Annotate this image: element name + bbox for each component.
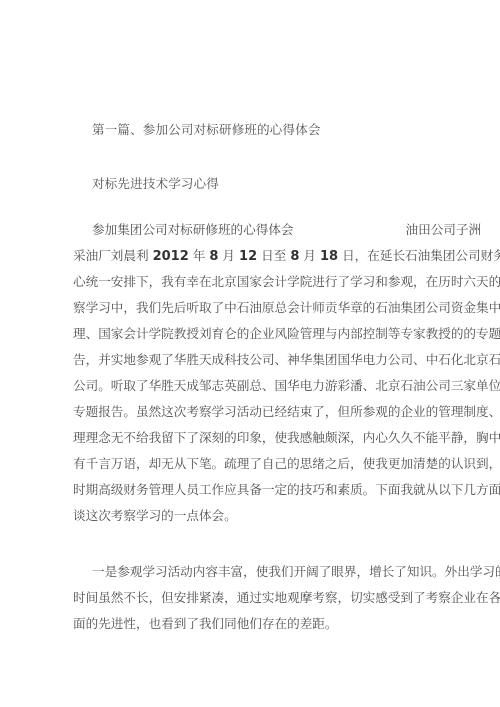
paragraph-line: 面的先进性，也看到了我们同他们存在的差距。 <box>73 611 428 637</box>
paragraph-line: 理理念无不给我留下了深刻的印象，使我感触颇深，内心久久不能平静，胸中似 <box>73 425 428 451</box>
paragraph-line: 时间虽然不长，但安排紧凑，通过实地观摩考察，切实感受到了考察企业在各方 <box>73 585 428 611</box>
date-year: 2012 <box>153 249 189 264</box>
paragraph-line: 察学习中，我们先后听取了中石油原总会计师贡华章的石油集团公司资金集中管 <box>73 295 428 321</box>
paragraph-line: 理、国家会计学院教授刘育仑的企业风险管理与内部控制等专家教授的的专题报 <box>73 321 428 347</box>
paragraph-line: 专题报告。虽然这次考察学习活动已经结束了，但所参观的企业的管理制度、管 <box>73 399 428 425</box>
paragraph-line: 采油厂刘晨利 2012 年 8 月 12 日至 8 月 18 日，在延长石油集团… <box>73 243 428 269</box>
document-page: 第一篇、参加公司对标研修班的心得体会 对标先进技术学习心得 参加集团公司对标研修… <box>0 0 500 707</box>
paragraph-intro: 参加集团公司对标研修班的心得体会油田公司子洲 采油厂刘晨利 2012 年 8 月… <box>73 217 428 529</box>
essay-heading: 参加集团公司对标研修班的心得体会 <box>92 222 294 237</box>
author-affiliation: 油田公司子洲 <box>406 222 482 237</box>
paragraph-line: 参加集团公司对标研修班的心得体会油田公司子洲 <box>73 217 428 243</box>
document-subtitle: 对标先进技术学习心得 <box>92 174 219 192</box>
paragraph-line: 谈这次考察学习的一点体会。 <box>73 503 428 529</box>
document-title: 第一篇、参加公司对标研修班的心得体会 <box>92 120 321 138</box>
paragraph-line: 告，并实地参观了华胜天成科技公司、神华集团国华电力公司、中石化北京石油 <box>73 347 428 373</box>
paragraph-point-one: 一是参观学习活动内容丰富，使我们开阔了眼界，增长了知识。外出学习的 时间虽然不长… <box>73 559 428 637</box>
paragraph-line: 时期高级财务管理人员工作应具备一定的技巧和素质。下面我就从以下几方面谈 <box>73 477 428 503</box>
paragraph-line: 一是参观学习活动内容丰富，使我们开阔了眼界，增长了知识。外出学习的 <box>73 559 428 585</box>
paragraph-line: 有千言万语，却无从下笔。疏理了自己的思绪之后，使我更加清楚的认识到，新 <box>73 451 428 477</box>
paragraph-line: 公司。听取了华胜天成邹志英副总、国华电力游彩潘、北京石油公司三家单位的 <box>73 373 428 399</box>
paragraph-line: 心统一安排下，我有幸在北京国家会计学院进行了学习和参观，在历时六天的考 <box>73 269 428 295</box>
